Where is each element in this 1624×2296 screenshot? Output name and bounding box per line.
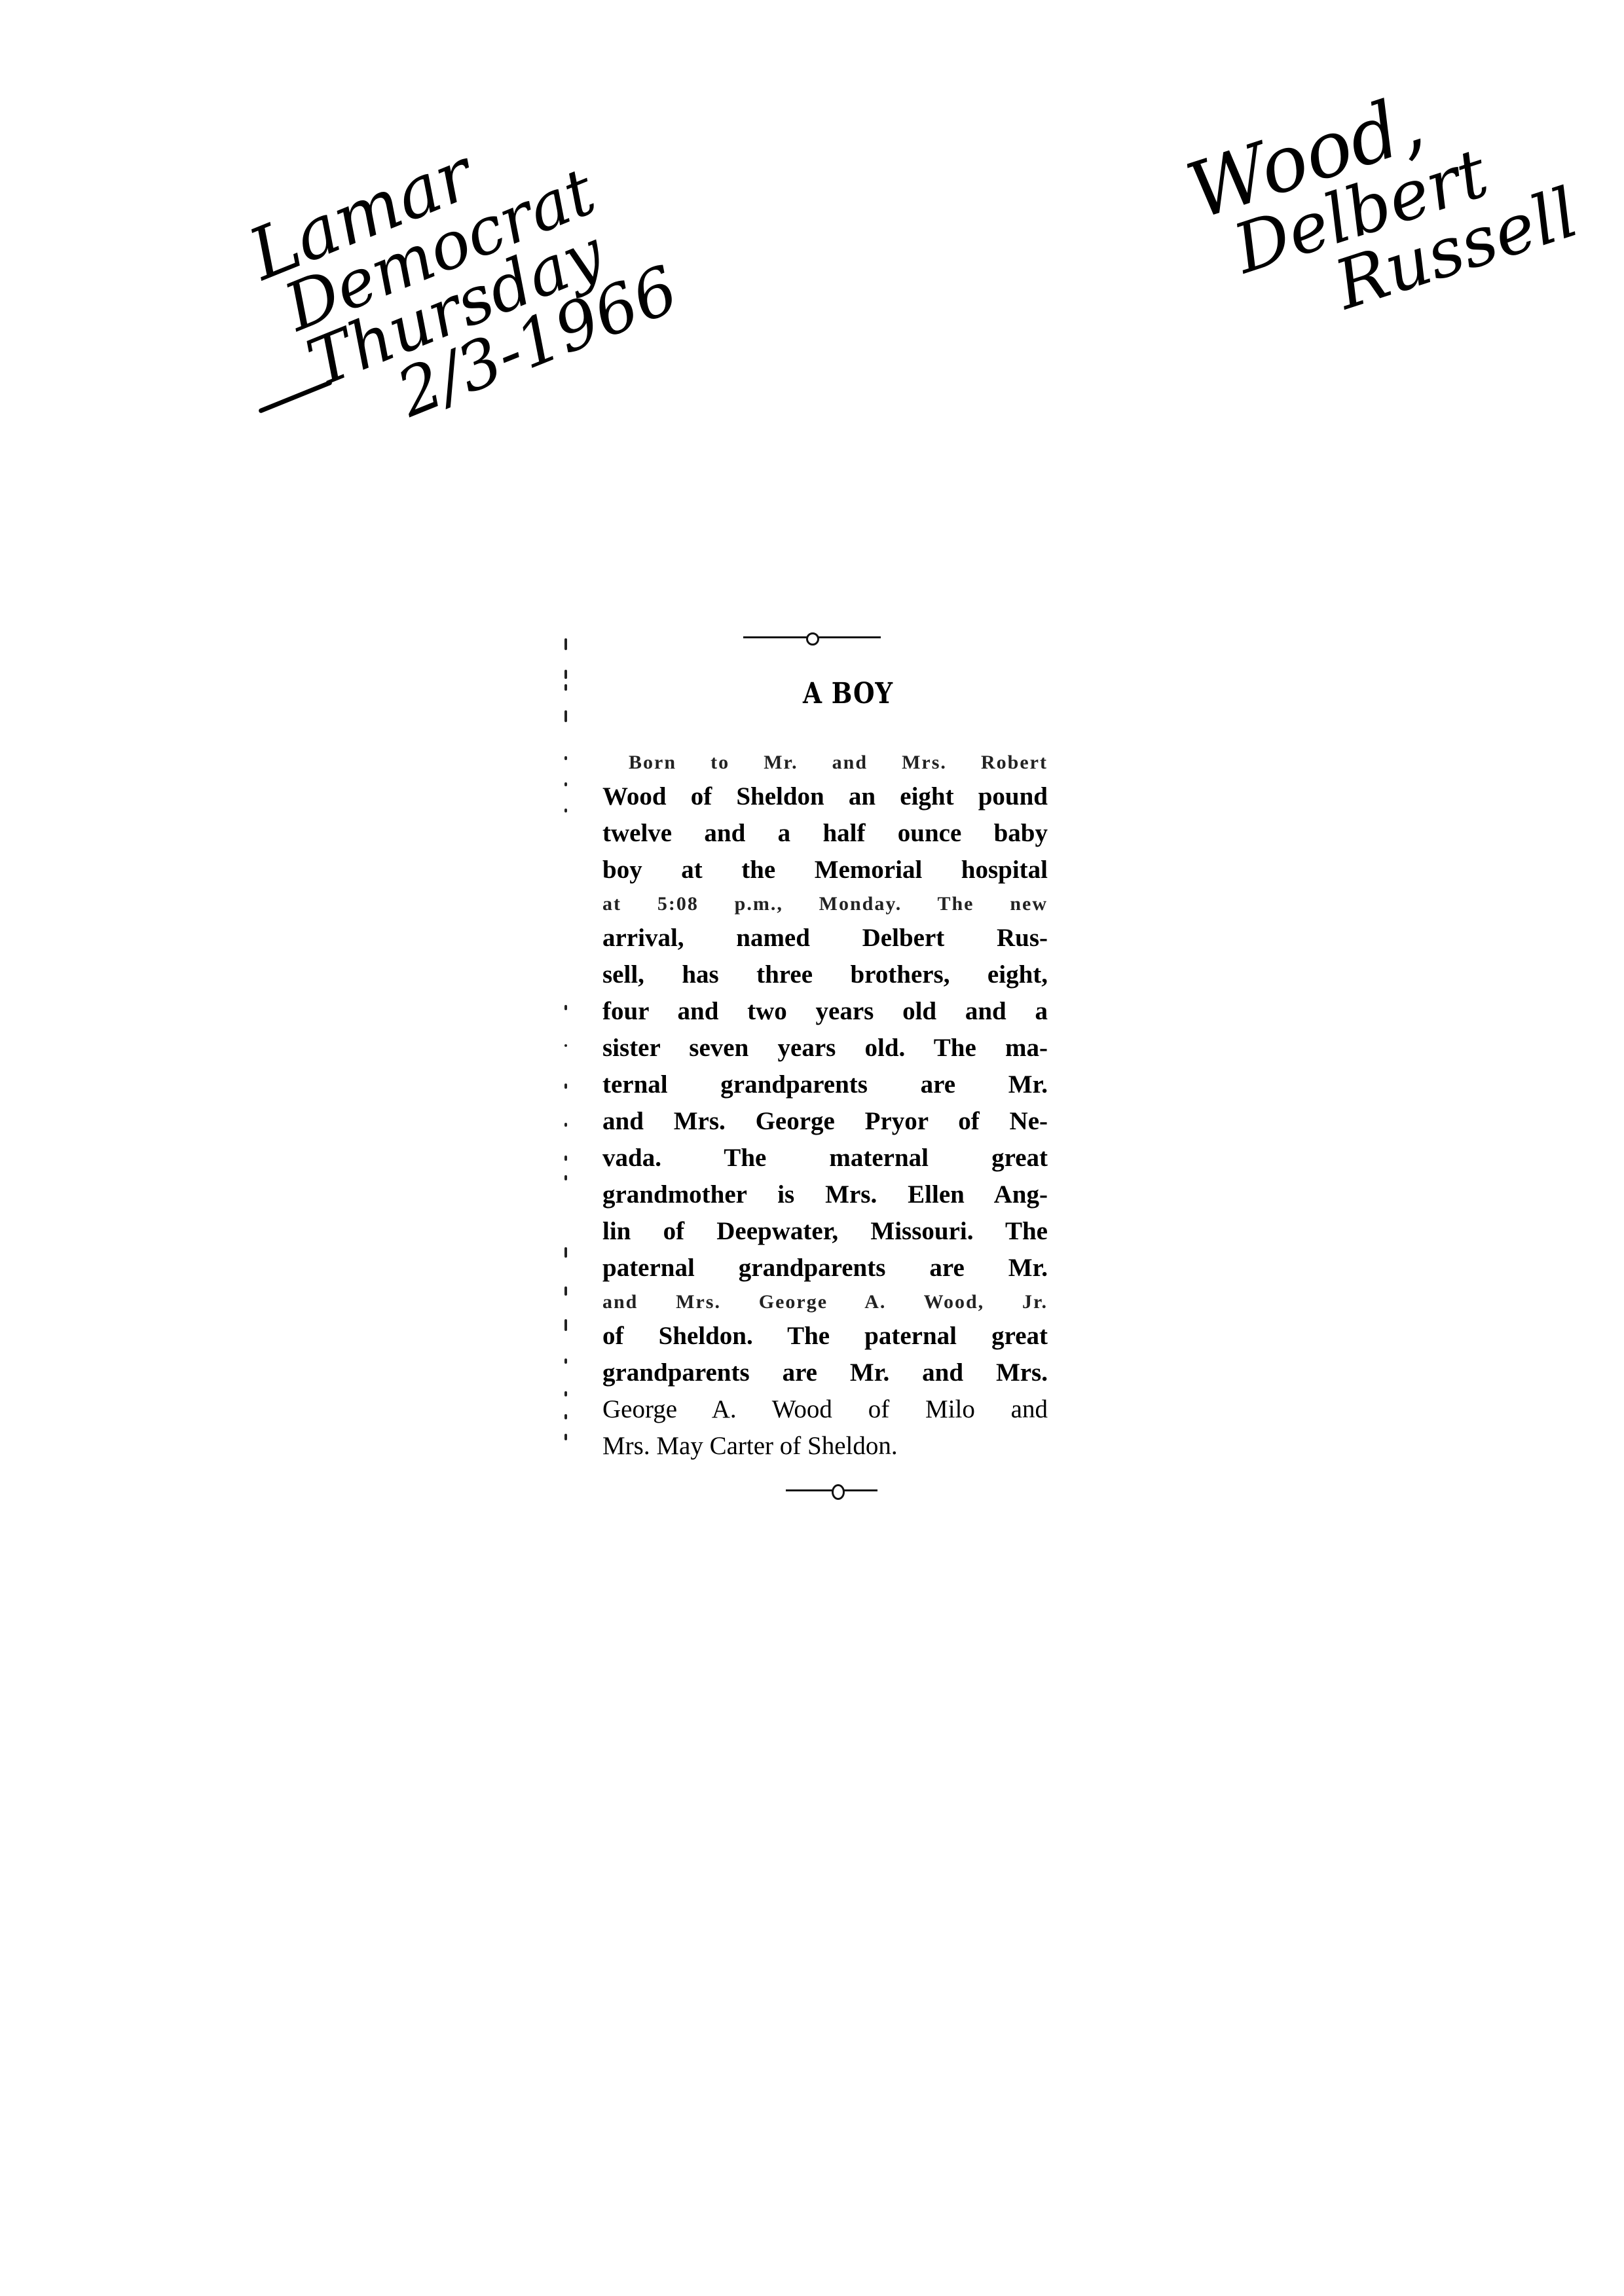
article-line: George A. Wood of Milo and [602,1391,1048,1428]
article-line: and Mrs. George A. Wood, Jr. [602,1286,1048,1318]
handwritten-name-note: Wood, Delbert Russell [1179,46,1585,354]
article-line: Wood of Sheldon an eight pound [602,778,1048,815]
article-line: sister seven years old. The ma- [602,1030,1048,1066]
article-line: Born to Mr. and Mrs. Robert [602,747,1048,778]
article-line: Mrs. May Carter of Sheldon. [602,1428,1048,1465]
article-line: paternal grandparents are Mr. [602,1250,1048,1286]
article-line: ternal grandparents are Mr. [602,1066,1048,1103]
article-line: at 5:08 p.m., Monday. The new [602,888,1048,920]
ornamental-rule-bottom [576,1482,1087,1499]
article-line: four and two years old and a [602,993,1048,1030]
article-line: and Mrs. George Pryor of Ne- [602,1103,1048,1140]
article-line: boy at the Memorial hospital [602,852,1048,888]
article-body: Born to Mr. and Mrs. Robert Wood of Shel… [602,747,1048,1465]
article-line: lin of Deepwater, Missouri. The [602,1213,1048,1250]
ornamental-rule-top [576,629,1087,646]
article-headline: A BOY [645,677,1052,710]
article-line: grandmother is Mrs. Ellen Ang- [602,1176,1048,1213]
clipping-edge-marks [564,638,578,1489]
newspaper-clipping: A BOY Born to Mr. and Mrs. Robert Wood o… [576,629,1087,1499]
handwritten-source-note: Lamar Democrat Thursday 2/3-1966 [216,84,686,469]
article-line: twelve and a half ounce baby [602,815,1048,852]
article-line: grandparents are Mr. and Mrs. [602,1355,1048,1391]
article-line: sell, has three brothers, eight, [602,957,1048,993]
article-line: arrival, named Delbert Rus- [602,920,1048,957]
handwritten-dash [258,380,333,413]
article-line: of Sheldon. The paternal great [602,1318,1048,1355]
article-line: vada. The maternal great [602,1140,1048,1176]
